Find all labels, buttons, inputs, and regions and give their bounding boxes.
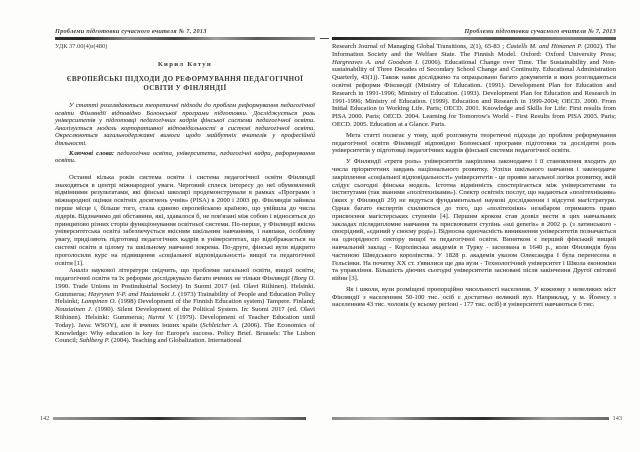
right-page: Проблеми підготовки сучасного вчителя № … — [332, 28, 616, 309]
scanned-spread: Проблеми підготовки сучасного вчителя № … — [0, 0, 640, 452]
body-paragraph-references-continued: Research Journal of Managing Global Tran… — [332, 43, 616, 129]
keywords-label: Ключові слова: — [69, 150, 114, 157]
footer-right: 143 — [332, 415, 622, 422]
article-author: Кирил Котун — [55, 61, 315, 69]
body-paragraph: Як і школи, вузи розміщені пропорційно ч… — [332, 286, 616, 309]
body-paragraph: Останні кілька років система освіти і си… — [55, 174, 315, 268]
body-paragraph-references: Аналіз наукової літератури свідчить, що … — [55, 267, 315, 345]
header-rule-right — [332, 37, 616, 40]
abstract-paragraph: У статті розглядаються теоретичні підход… — [55, 102, 315, 148]
article-title: ЄВРОПЕЙСЬКІ ПІДХОДИ ДО РЕФОРМУВАННЯ ПЕДА… — [55, 75, 315, 94]
footer-left: 142 — [40, 415, 306, 422]
running-head-left: Проблеми підготовки сучасного вчителя № … — [55, 28, 315, 36]
footer-rule-right — [332, 417, 609, 420]
page-number-right: 143 — [613, 415, 622, 422]
running-head-right: Проблеми підготовки сучасного вчителя № … — [332, 28, 616, 36]
body-paragraph-aim: Мета статті полягає у тому, щоб розгляну… — [332, 132, 616, 155]
page-number-left: 142 — [40, 415, 49, 422]
scan-artifact-dash — [320, 38, 329, 40]
footer-rule-left — [53, 417, 306, 420]
left-page: Проблеми підготовки сучасного вчителя № … — [55, 28, 315, 345]
body-paragraph: У Фінляндії «третя роль» університетів з… — [332, 158, 616, 283]
keywords-paragraph: Ключові слова: педагогічна освіта, уніве… — [55, 150, 315, 165]
header-rule-left — [55, 37, 315, 40]
udc-code: УДК 37.00(4)з(480) — [55, 43, 315, 51]
